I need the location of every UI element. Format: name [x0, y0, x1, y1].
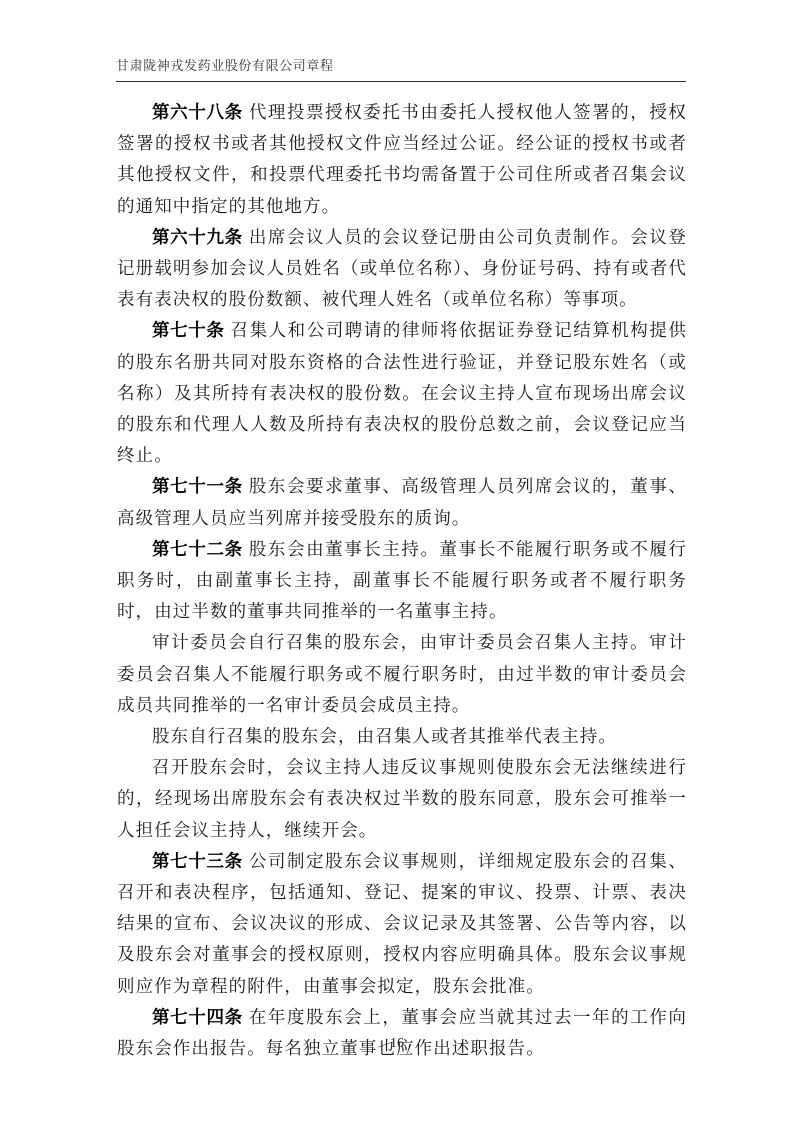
- article-number: 第七十条: [152, 321, 225, 341]
- paragraph-article-70: 第七十条召集人和公司聘请的律师将依据证券登记结算机构提供的股东名册共同对股东资格…: [117, 316, 687, 472]
- paragraph-article-74: 第七十四条在年度股东会上，董事会应当就其过去一年的工作向股东会作出报告。每名独立…: [117, 1003, 687, 1065]
- article-number: 第七十一条: [152, 477, 243, 497]
- paragraph-article-71: 第七十一条股东会要求董事、高级管理人员列席会议的，董事、高级管理人员应当列席并接…: [117, 472, 687, 534]
- article-number: 第六十九条: [152, 228, 243, 248]
- paragraph-text: 股东自行召集的股东会，由召集人或者其推举代表主持。: [152, 727, 617, 747]
- paragraph-article-68: 第六十八条代理投票授权委托书由委托人授权他人签署的，授权签署的授权书或者其他授权…: [117, 98, 687, 223]
- header-divider: [116, 81, 686, 82]
- paragraph-meeting-chair-replacement: 召开股东会时，会议主持人违反议事规则使股东会无法继续进行的，经现场出席股东会有表…: [117, 753, 687, 847]
- running-header: 甘肃陇神戎发药业股份有限公司章程: [116, 55, 686, 74]
- paragraph-article-73: 第七十三条公司制定股东会议事规则，详细规定股东会的召集、召开和表决程序，包括通知…: [117, 847, 687, 1003]
- article-text: 召集人和公司聘请的律师将依据证券登记结算机构提供的股东名册共同对股东资格的合法性…: [117, 321, 687, 466]
- paragraph-shareholder-convened: 股东自行召集的股东会，由召集人或者其推举代表主持。: [117, 722, 687, 753]
- article-number: 第七十四条: [152, 1008, 243, 1028]
- paragraph-article-72: 第七十二条股东会由董事长主持。董事长不能履行职务或不履行职务时，由副董事长主持，…: [117, 535, 687, 629]
- article-number: 第六十八条: [152, 103, 243, 123]
- paragraph-text: 审计委员会自行召集的股东会，由审计委员会召集人主持。审计委员会召集人不能履行职务…: [117, 633, 687, 715]
- document-body: 第六十八条代理投票授权委托书由委托人授权他人签署的，授权签署的授权书或者其他授权…: [117, 98, 687, 1065]
- page-number: 16: [0, 1036, 794, 1052]
- article-text: 公司制定股东会议事规则，详细规定股东会的召集、召开和表决程序，包括通知、登记、提…: [117, 852, 687, 997]
- paragraph-audit-committee: 审计委员会自行召集的股东会，由审计委员会召集人主持。审计委员会召集人不能履行职务…: [117, 628, 687, 722]
- document-page: 甘肃陇神戎发药业股份有限公司章程 第六十八条代理投票授权委托书由委托人授权他人签…: [0, 0, 794, 1122]
- paragraph-article-69: 第六十九条出席会议人员的会议登记册由公司负责制作。会议登记册载明参加会议人员姓名…: [117, 223, 687, 317]
- paragraph-text: 召开股东会时，会议主持人违反议事规则使股东会无法继续进行的，经现场出席股东会有表…: [117, 758, 687, 840]
- article-number: 第七十三条: [152, 852, 243, 872]
- article-number: 第七十二条: [152, 540, 243, 560]
